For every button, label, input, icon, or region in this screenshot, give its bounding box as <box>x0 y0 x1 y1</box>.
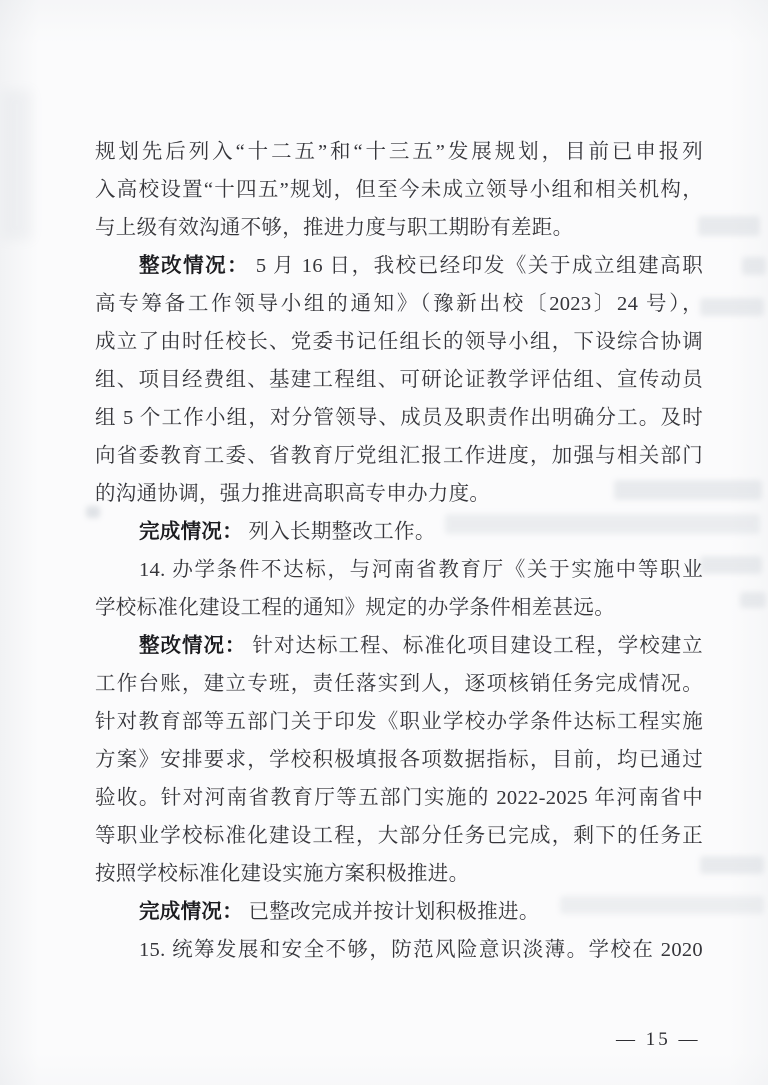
text-line: 组 5 个工作小组，对分管领导、成员及职责作出明确分工。及时 <box>95 399 703 437</box>
line-text: 学校标准化建设工程的通知》规定的办学条件相差甚远。 <box>95 597 615 619</box>
text-line: 学校标准化建设工程的通知》规定的办学条件相差甚远。 <box>95 589 703 627</box>
text-block: 规划先后列入“十二五”和“十三五”发展规划，目前已申报列入高校设置“十四五”规划… <box>95 133 703 969</box>
text-line: 组、项目经费组、基建工程组、可研论证教学评估组、宣传动员 <box>95 361 703 399</box>
bleed-through-smudge <box>700 856 764 874</box>
text-line: 验收。针对河南省教育厅等五部门实施的 2022-2025 年河南省中 <box>95 779 703 817</box>
line-text: 工作台账，建立专班，责任落实到人，逐项核销任务完成情况。 <box>95 673 703 695</box>
line-text: 已整改完成并按计划积极推进。 <box>248 901 539 923</box>
line-text: 列入长期整改工作。 <box>248 521 435 543</box>
bleed-through-smudge <box>740 592 766 608</box>
text-line: 整改情况：5 月 16 日，我校已经印发《关于成立组建高职 <box>95 247 703 285</box>
line-text: 15. 统筹发展和安全不够，防范风险意识淡薄。学校在 2020 <box>139 939 703 961</box>
text-line: 14. 办学条件不达标，与河南省教育厅《关于实施中等职业 <box>95 551 703 589</box>
line-text: 按照学校标准化建设实施方案积极推进。 <box>95 863 469 885</box>
bold-label: 整改情况： <box>139 255 256 277</box>
text-line: 入高校设置“十四五”规划，但至今未成立领导小组和相关机构， <box>95 171 703 209</box>
line-text: 针对教育部等五部门关于印发《职业学校办学条件达标工程实施 <box>95 711 703 733</box>
line-text: 组、项目经费组、基建工程组、可研论证教学评估组、宣传动员 <box>95 369 703 391</box>
line-text: 规划先后列入“十二五”和“十三五”发展规划，目前已申报列 <box>95 141 703 163</box>
text-line: 的沟通协调，强力推进高职高专申办力度。 <box>95 475 703 513</box>
bold-label: 完成情况： <box>139 901 248 923</box>
line-text: 5 月 16 日，我校已经印发《关于成立组建高职 <box>256 255 703 277</box>
text-line: 按照学校标准化建设实施方案积极推进。 <box>95 855 703 893</box>
text-line: 针对教育部等五部门关于印发《职业学校办学条件达标工程实施 <box>95 703 703 741</box>
bleed-through-smudge <box>700 298 764 316</box>
line-text: 14. 办学条件不达标，与河南省教育厅《关于实施中等职业 <box>139 559 703 581</box>
line-text: 入高校设置“十四五”规划，但至今未成立领导小组和相关机构， <box>95 179 703 201</box>
line-text: 方案》安排要求，学校积极填报各项数据指标，目前，均已通过 <box>95 749 703 771</box>
text-line: 完成情况：已整改完成并按计划积极推进。 <box>95 893 703 931</box>
bleed-through-smudge <box>742 257 766 275</box>
text-line: 等职业学校标准化建设工程，大部分任务已完成，剩下的任务正 <box>95 817 703 855</box>
text-line: 整改情况：针对达标工程、标准化项目建设工程，学校建立 <box>95 627 703 665</box>
line-text: 针对达标工程、标准化项目建设工程，学校建立 <box>253 635 703 657</box>
page-number: — 15 — <box>616 1029 701 1051</box>
text-line: 方案》安排要求，学校积极填报各项数据指标，目前，均已通过 <box>95 741 703 779</box>
bleed-through-smudge <box>698 216 760 236</box>
scanned-document-page: 规划先后列入“十二五”和“十三五”发展规划，目前已申报列入高校设置“十四五”规划… <box>0 0 768 1085</box>
bleed-through-smudge <box>2 90 32 240</box>
line-text: 验收。针对河南省教育厅等五部门实施的 2022-2025 年河南省中 <box>95 787 703 809</box>
text-line: 与上级有效沟通不够，推进力度与职工期盼有差距。 <box>95 209 703 247</box>
text-line: 成立了由时任校长、党委书记任组长的领导小组，下设综合协调 <box>95 323 703 361</box>
text-line: 规划先后列入“十二五”和“十三五”发展规划，目前已申报列 <box>95 133 703 171</box>
line-text: 向省委教育工委、省教育厅党组汇报工作进度，加强与相关部门 <box>95 445 703 467</box>
text-line: 工作台账，建立专班，责任落实到人，逐项核销任务完成情况。 <box>95 665 703 703</box>
line-text: 组 5 个工作小组，对分管领导、成员及职责作出明确分工。及时 <box>95 407 703 429</box>
text-line: 15. 统筹发展和安全不够，防范风险意识淡薄。学校在 2020 <box>95 931 703 969</box>
line-text: 高专筹备工作领导小组的通知》（豫新出校〔2023〕24 号）， <box>95 293 703 315</box>
line-text: 等职业学校标准化建设工程，大部分任务已完成，剩下的任务正 <box>95 825 703 847</box>
bold-label: 完成情况： <box>139 521 248 543</box>
text-line: 高专筹备工作领导小组的通知》（豫新出校〔2023〕24 号）， <box>95 285 703 323</box>
line-text: 与上级有效沟通不够，推进力度与职工期盼有差距。 <box>95 217 573 239</box>
line-text: 成立了由时任校长、党委书记任组长的领导小组，下设综合协调 <box>95 331 703 353</box>
text-line: 向省委教育工委、省教育厅党组汇报工作进度，加强与相关部门 <box>95 437 703 475</box>
text-line: 完成情况：列入长期整改工作。 <box>95 513 703 551</box>
bleed-through-smudge <box>700 556 762 574</box>
bold-label: 整改情况： <box>139 635 253 657</box>
line-text: 的沟通协调，强力推进高职高专申办力度。 <box>95 483 490 505</box>
